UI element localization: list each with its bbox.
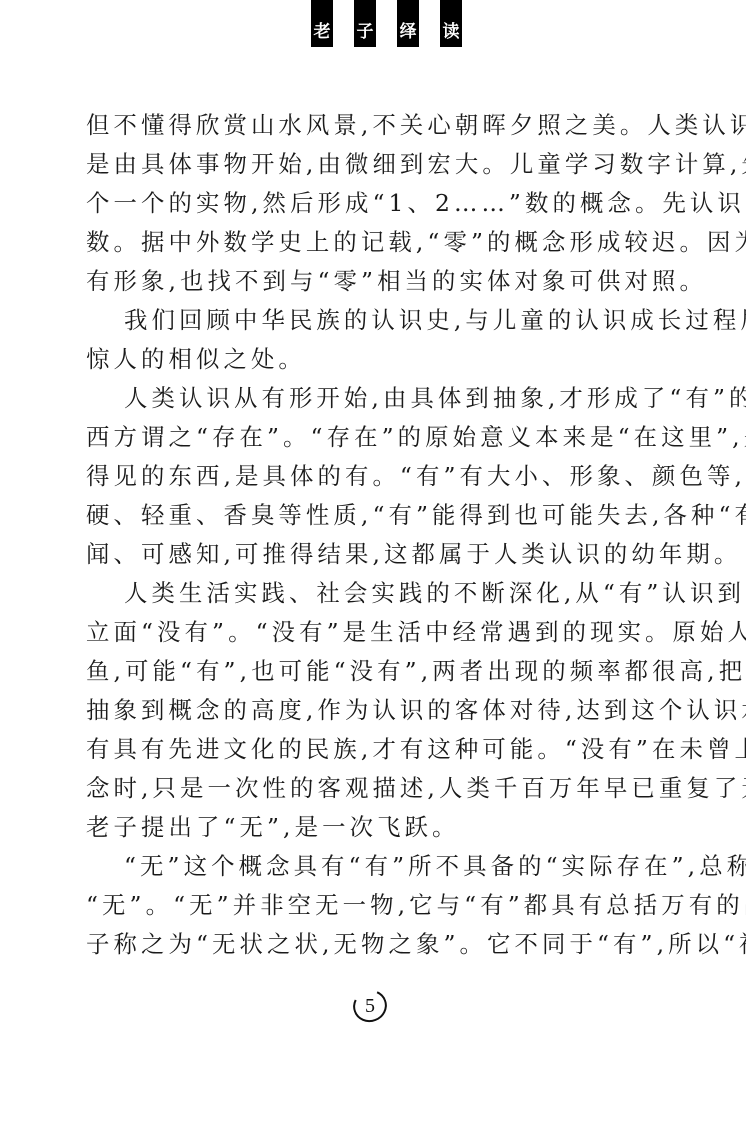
text-line: 但不懂得欣赏山水风景,不关心朝晖夕照之美。人类认识过程总 [86,111,666,150]
header-char-block: 读 [440,0,462,47]
text-line: 念时,只是一次性的客观描述,人类千百万年早已重复了无数次。 [86,774,666,813]
text-line: 惊人的相似之处。 [86,345,666,384]
running-header: 老 子 绎 读 [0,0,746,50]
text-line: 有具有先进文化的民族,才有这种可能。“没有”在未曾上升到概 [86,735,666,774]
text-line: 老子提出了“无”,是一次飞跃。 [86,813,666,852]
paragraph-start-line: “无”这个概念具有“有”所不具备的“实际存在”,总称为 [86,852,666,891]
page-number: 5 [365,992,375,1020]
header-char: 绎 [400,22,417,42]
header-char-block: 老 [311,0,333,47]
text-line: 数。据中外数学史上的记载,“零”的概念形成较迟。因为“零”没 [86,228,666,267]
text-line: 鱼,可能“有”,也可能“没有”,两者出现的频率都很高,把“没有” [86,657,666,696]
text-line: 立面“没有”。“没有”是生活中经常遇到的现实。原始人打猎捕 [86,618,666,657]
text-line: 个一个的实物,然后形成“1、2……”数的概念。先认识自然的实 [86,189,666,228]
text-line: 得见的东西,是具体的有。“有”有大小、形象、颜色等,“有”有软 [86,462,666,501]
body-text: 但不懂得欣赏山水风景,不关心朝晖夕照之美。人类认识过程总 是由具体事物开始,由微… [86,111,666,969]
paragraph-start-line: 人类生活实践、社会实践的不断深化,从“有”认识到“有”的对 [86,579,666,618]
text-line: 抽象到概念的高度,作为认识的客体对待,达到这个认识水平,只 [86,696,666,735]
text-line: 子称之为“无状之状,无物之象”。它不同于“有”,所以“视之不可 [86,930,666,969]
text-line: 硬、轻重、香臭等性质,“有”能得到也可能失去,各种“有”都可见 [86,501,666,540]
header-char-block: 子 [354,0,376,47]
text-line: “无”。“无”并非空无一物,它与“有”都具有总括万有的品格。老 [86,891,666,930]
text-line: 闻、可感知,可推得结果,这都属于人类认识的幼年期。 [86,540,666,579]
header-char: 读 [443,22,460,42]
header-char: 老 [314,22,331,42]
text-line: 是由具体事物开始,由微细到宏大。儿童学习数字计算,先计算一 [86,150,666,189]
header-char-block: 绎 [397,0,419,47]
paragraph-start-line: 人类认识从有形开始,由具体到抽象,才形成了“有”的概念, [86,384,666,423]
page-number-badge: 5 [349,985,392,1027]
header-char: 子 [357,22,374,42]
text-line: 西方谓之“存在”。“存在”的原始意义本来是“在这里”,是给你看 [86,423,666,462]
paragraph-start-line: 我们回顾中华民族的认识史,与儿童的认识成长过程居然有 [86,306,666,345]
text-line: 有形象,也找不到与“零”相当的实体对象可供对照。 [86,267,666,306]
